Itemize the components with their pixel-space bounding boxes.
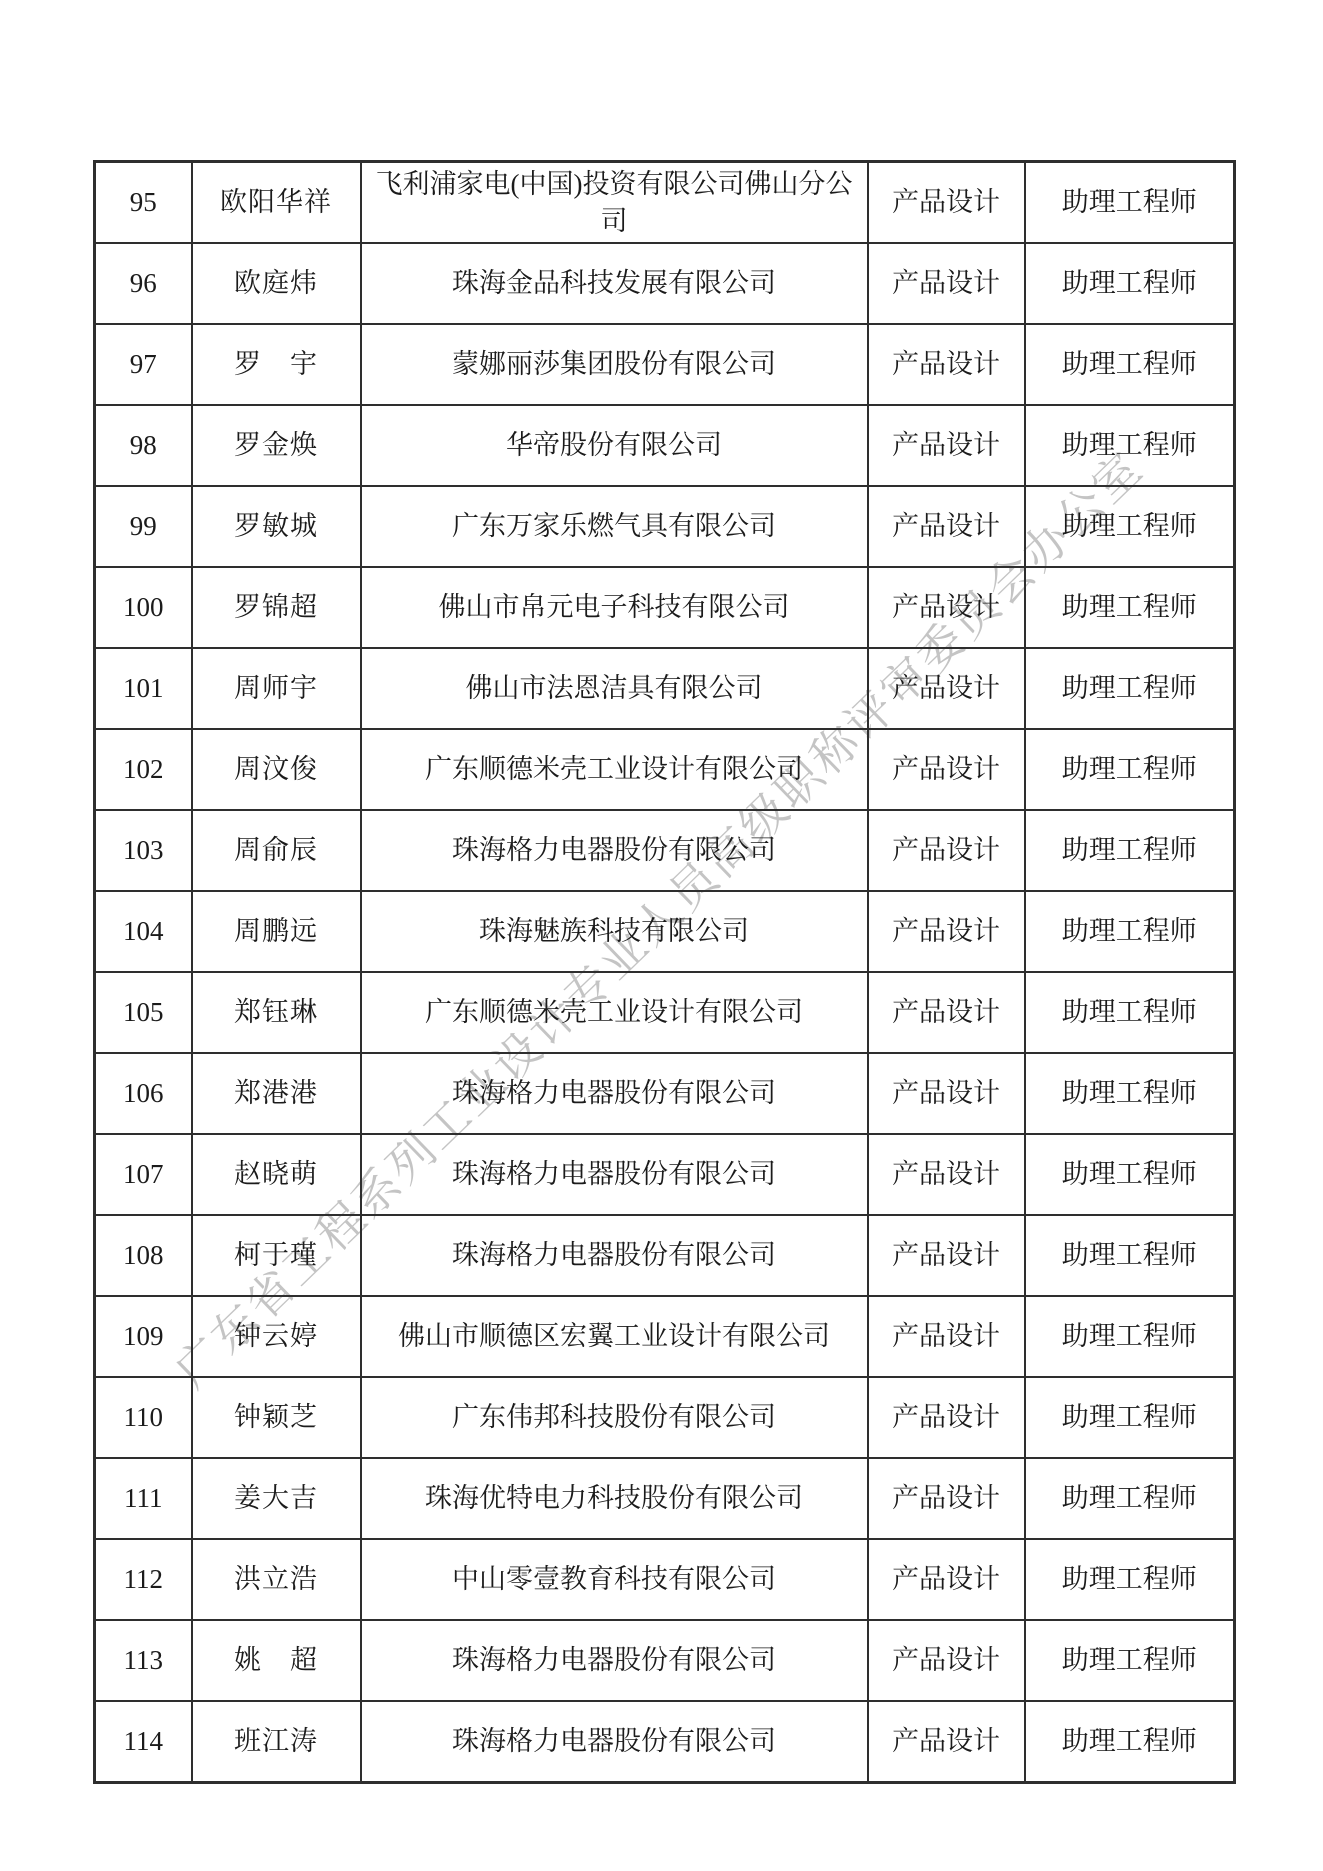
table-row: 95欧阳华祥飞利浦家电(中国)投资有限公司佛山分公司产品设计助理工程师	[95, 162, 1235, 244]
table-row: 110钟颖芝广东伟邦科技股份有限公司产品设计助理工程师	[95, 1377, 1235, 1458]
name-cell: 欧阳华祥	[192, 162, 361, 244]
specialty-cell: 产品设计	[868, 810, 1025, 891]
table-row: 97罗 宇蒙娜丽莎集团股份有限公司产品设计助理工程师	[95, 324, 1235, 405]
name-cell: 钟颖芝	[192, 1377, 361, 1458]
company-cell: 蒙娜丽莎集团股份有限公司	[361, 324, 868, 405]
table-row: 114班江涛珠海格力电器股份有限公司产品设计助理工程师	[95, 1701, 1235, 1783]
company-cell: 珠海格力电器股份有限公司	[361, 1134, 868, 1215]
title-cell: 助理工程师	[1025, 1539, 1235, 1620]
title-cell: 助理工程师	[1025, 1620, 1235, 1701]
roster-table: 95欧阳华祥飞利浦家电(中国)投资有限公司佛山分公司产品设计助理工程师96欧庭炜…	[93, 160, 1236, 1784]
no-cell: 100	[95, 567, 192, 648]
no-cell: 103	[95, 810, 192, 891]
title-cell: 助理工程师	[1025, 1053, 1235, 1134]
table-row: 112洪立浩中山零壹教育科技有限公司产品设计助理工程师	[95, 1539, 1235, 1620]
no-cell: 102	[95, 729, 192, 810]
title-cell: 助理工程师	[1025, 324, 1235, 405]
specialty-cell: 产品设计	[868, 243, 1025, 324]
specialty-cell: 产品设计	[868, 1377, 1025, 1458]
name-cell: 姜大吉	[192, 1458, 361, 1539]
name-cell: 周汶俊	[192, 729, 361, 810]
no-cell: 97	[95, 324, 192, 405]
name-cell: 柯于瑾	[192, 1215, 361, 1296]
company-cell: 珠海格力电器股份有限公司	[361, 810, 868, 891]
no-cell: 112	[95, 1539, 192, 1620]
title-cell: 助理工程师	[1025, 1215, 1235, 1296]
title-cell: 助理工程师	[1025, 1458, 1235, 1539]
company-cell: 珠海魅族科技有限公司	[361, 891, 868, 972]
table-row: 99罗敏城广东万家乐燃气具有限公司产品设计助理工程师	[95, 486, 1235, 567]
table-row: 100罗锦超佛山市帛元电子科技有限公司产品设计助理工程师	[95, 567, 1235, 648]
title-cell: 助理工程师	[1025, 486, 1235, 567]
roster-table-body: 95欧阳华祥飞利浦家电(中国)投资有限公司佛山分公司产品设计助理工程师96欧庭炜…	[95, 162, 1235, 1783]
company-cell: 佛山市法恩洁具有限公司	[361, 648, 868, 729]
title-cell: 助理工程师	[1025, 405, 1235, 486]
title-cell: 助理工程师	[1025, 810, 1235, 891]
no-cell: 101	[95, 648, 192, 729]
name-cell: 罗金焕	[192, 405, 361, 486]
no-cell: 111	[95, 1458, 192, 1539]
company-cell: 珠海格力电器股份有限公司	[361, 1053, 868, 1134]
name-cell: 赵晓萌	[192, 1134, 361, 1215]
company-cell: 珠海优特电力科技股份有限公司	[361, 1458, 868, 1539]
specialty-cell: 产品设计	[868, 972, 1025, 1053]
no-cell: 96	[95, 243, 192, 324]
specialty-cell: 产品设计	[868, 486, 1025, 567]
specialty-cell: 产品设计	[868, 405, 1025, 486]
table-row: 103周俞辰珠海格力电器股份有限公司产品设计助理工程师	[95, 810, 1235, 891]
title-cell: 助理工程师	[1025, 1296, 1235, 1377]
no-cell: 98	[95, 405, 192, 486]
company-cell: 珠海格力电器股份有限公司	[361, 1215, 868, 1296]
name-cell: 钟云婷	[192, 1296, 361, 1377]
title-cell: 助理工程师	[1025, 891, 1235, 972]
name-cell: 罗敏城	[192, 486, 361, 567]
no-cell: 109	[95, 1296, 192, 1377]
name-cell: 姚 超	[192, 1620, 361, 1701]
no-cell: 104	[95, 891, 192, 972]
table-row: 107赵晓萌珠海格力电器股份有限公司产品设计助理工程师	[95, 1134, 1235, 1215]
table-row: 111姜大吉珠海优特电力科技股份有限公司产品设计助理工程师	[95, 1458, 1235, 1539]
specialty-cell: 产品设计	[868, 1215, 1025, 1296]
no-cell: 99	[95, 486, 192, 567]
no-cell: 107	[95, 1134, 192, 1215]
title-cell: 助理工程师	[1025, 648, 1235, 729]
specialty-cell: 产品设计	[868, 1296, 1025, 1377]
table-row: 101周师宇佛山市法恩洁具有限公司产品设计助理工程师	[95, 648, 1235, 729]
no-cell: 108	[95, 1215, 192, 1296]
title-cell: 助理工程师	[1025, 972, 1235, 1053]
no-cell: 106	[95, 1053, 192, 1134]
table-row: 109钟云婷佛山市顺德区宏翼工业设计有限公司产品设计助理工程师	[95, 1296, 1235, 1377]
table-row: 104周鹏远珠海魅族科技有限公司产品设计助理工程师	[95, 891, 1235, 972]
title-cell: 助理工程师	[1025, 729, 1235, 810]
company-cell: 广东顺德米壳工业设计有限公司	[361, 972, 868, 1053]
title-cell: 助理工程师	[1025, 1134, 1235, 1215]
company-cell: 广东伟邦科技股份有限公司	[361, 1377, 868, 1458]
no-cell: 114	[95, 1701, 192, 1783]
name-cell: 郑港港	[192, 1053, 361, 1134]
name-cell: 周俞辰	[192, 810, 361, 891]
specialty-cell: 产品设计	[868, 729, 1025, 810]
company-cell: 珠海格力电器股份有限公司	[361, 1620, 868, 1701]
company-cell: 佛山市顺德区宏翼工业设计有限公司	[361, 1296, 868, 1377]
no-cell: 113	[95, 1620, 192, 1701]
name-cell: 罗锦超	[192, 567, 361, 648]
company-cell: 珠海金品科技发展有限公司	[361, 243, 868, 324]
name-cell: 洪立浩	[192, 1539, 361, 1620]
company-cell: 广东顺德米壳工业设计有限公司	[361, 729, 868, 810]
company-cell: 中山零壹教育科技有限公司	[361, 1539, 868, 1620]
name-cell: 欧庭炜	[192, 243, 361, 324]
table-row: 105郑钰琳广东顺德米壳工业设计有限公司产品设计助理工程师	[95, 972, 1235, 1053]
table-row: 96欧庭炜珠海金品科技发展有限公司产品设计助理工程师	[95, 243, 1235, 324]
no-cell: 95	[95, 162, 192, 244]
name-cell: 罗 宇	[192, 324, 361, 405]
name-cell: 班江涛	[192, 1701, 361, 1783]
specialty-cell: 产品设计	[868, 162, 1025, 244]
title-cell: 助理工程师	[1025, 1701, 1235, 1783]
specialty-cell: 产品设计	[868, 1134, 1025, 1215]
name-cell: 郑钰琳	[192, 972, 361, 1053]
document-page: 广东省工程系列工业设计专业人员高级职称评审委员会办公室 95欧阳华祥飞利浦家电(…	[0, 0, 1323, 1871]
table-row: 98罗金焕华帝股份有限公司产品设计助理工程师	[95, 405, 1235, 486]
company-cell: 珠海格力电器股份有限公司	[361, 1701, 868, 1783]
specialty-cell: 产品设计	[868, 1701, 1025, 1783]
no-cell: 110	[95, 1377, 192, 1458]
company-cell: 广东万家乐燃气具有限公司	[361, 486, 868, 567]
name-cell: 周鹏远	[192, 891, 361, 972]
title-cell: 助理工程师	[1025, 567, 1235, 648]
specialty-cell: 产品设计	[868, 324, 1025, 405]
specialty-cell: 产品设计	[868, 567, 1025, 648]
company-cell: 佛山市帛元电子科技有限公司	[361, 567, 868, 648]
company-cell: 飞利浦家电(中国)投资有限公司佛山分公司	[361, 162, 868, 244]
specialty-cell: 产品设计	[868, 1458, 1025, 1539]
specialty-cell: 产品设计	[868, 1053, 1025, 1134]
title-cell: 助理工程师	[1025, 162, 1235, 244]
company-cell: 华帝股份有限公司	[361, 405, 868, 486]
name-cell: 周师宇	[192, 648, 361, 729]
table-row: 106郑港港珠海格力电器股份有限公司产品设计助理工程师	[95, 1053, 1235, 1134]
specialty-cell: 产品设计	[868, 648, 1025, 729]
no-cell: 105	[95, 972, 192, 1053]
title-cell: 助理工程师	[1025, 1377, 1235, 1458]
table-row: 113姚 超珠海格力电器股份有限公司产品设计助理工程师	[95, 1620, 1235, 1701]
table-row: 102周汶俊广东顺德米壳工业设计有限公司产品设计助理工程师	[95, 729, 1235, 810]
specialty-cell: 产品设计	[868, 1620, 1025, 1701]
specialty-cell: 产品设计	[868, 891, 1025, 972]
table-row: 108柯于瑾珠海格力电器股份有限公司产品设计助理工程师	[95, 1215, 1235, 1296]
specialty-cell: 产品设计	[868, 1539, 1025, 1620]
title-cell: 助理工程师	[1025, 243, 1235, 324]
